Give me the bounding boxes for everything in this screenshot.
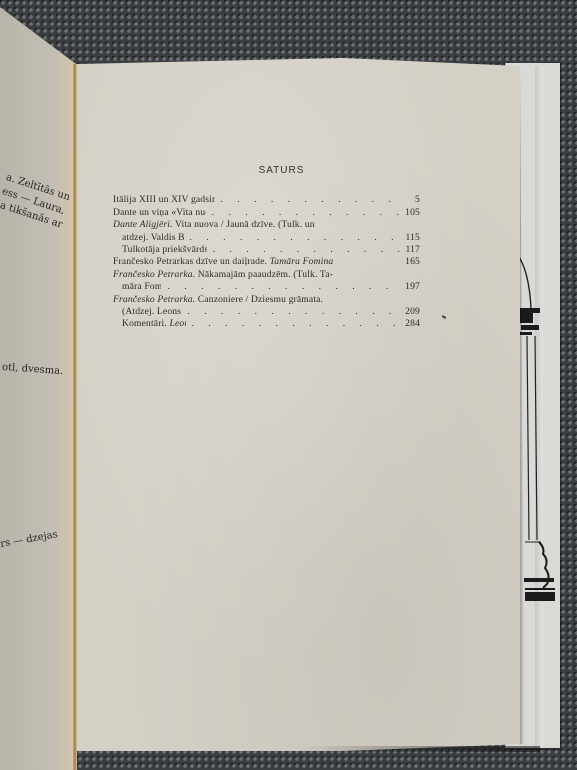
toc-page-number: 284: [400, 318, 420, 330]
toc-entry-title: Frančesko Petrarkas dzīve un daiļrade.: [113, 256, 270, 267]
toc-title: SATURS: [143, 165, 420, 177]
toc-entry: Frančesko Petrarka. Nākamajām paaudzēm. …: [113, 269, 420, 281]
toc-entry-title: (Atdzej. Leons Briedis.): [122, 306, 181, 318]
toc-entry-title: Komentāri.: [122, 318, 169, 329]
toc-entry-title: Nākamajām paaudzēm. (Tulk. Ta-: [195, 269, 333, 280]
toc-entry: Itālija XIII un XIV gadsimtā. Aleksandra…: [113, 194, 420, 206]
toc-entry: Dante Aligjēri. Vita nuova / Jaunā dzīve…: [113, 219, 420, 231]
left-page-text-fragment: otl, dvesma.: [2, 362, 64, 377]
toc-entry-author: Frančesko Petrarka.: [113, 269, 195, 280]
toc-entry-title: Tulkotāja priekšvārds.: [122, 244, 207, 255]
toc-entry-continuation: māra Fomina.) . . . . . . . . . . . . . …: [113, 281, 420, 293]
toc-page-number: 5: [400, 194, 420, 206]
toc-leader-dots: . . . . . . . . . . . . . . . . . . . . …: [184, 232, 400, 244]
photo-scene: a. Zeltītās un ess — Laura, a tikšanās a…: [0, 0, 577, 770]
toc-entry-author: Leons Briedis.: [169, 318, 185, 329]
toc-entry-continuation: (Atdzej. Leons Briedis.) . . . . . . . .…: [113, 306, 420, 318]
toc-entry-title: Vita nuova / Jaunā dzīve. (Tulk. un: [173, 219, 315, 230]
toc-entry-continuation: atdzej. Valdis Bisenieks.) . . . . . . .…: [113, 232, 420, 244]
toc-leader-dots: . . . . . . . . . . . . . . . . . . . . …: [186, 318, 400, 330]
toc-leader-dots: . . . . . . . . . . . . . . . . . . . . …: [181, 306, 400, 318]
toc-page-number: 165: [400, 256, 420, 268]
left-page: a. Zeltītās un ess — Laura, a tikšanās a…: [0, 0, 76, 770]
toc-entry-author: Tamāra Fomina: [270, 256, 334, 267]
toc-entry: Tulkotāja priekšvārds. Valdis Bisenieks …: [113, 244, 420, 256]
toc-page-number: 105: [400, 207, 420, 219]
right-page: [77, 58, 520, 751]
toc-entry: Dante un viņa «Vita nuova». Jānis Liepiņ…: [113, 207, 420, 219]
toc-leader-dots: . . . . . . . . . . . . . . . . . . . . …: [207, 244, 400, 256]
toc-page-number: 197: [400, 281, 420, 293]
toc-entry: Frančesko Petrarka. Canzoniere / Dziesmu…: [113, 294, 420, 306]
toc-entry-author: Dante Aligjēri.: [113, 219, 173, 230]
toc-entry-author: Frančesko Petrarka.: [113, 294, 195, 305]
table-of-contents: SATURS Itālija XIII un XIV gadsimtā. Ale…: [113, 165, 420, 331]
toc-page-number: 117: [400, 244, 420, 256]
toc-page-number: 209: [400, 306, 420, 318]
toc-entry-title: Canzoniere / Dziesmu grāmata.: [195, 294, 323, 305]
toc-entry-title: Dante un viņa «Vita nuova».: [113, 207, 206, 218]
toc-leader-dots: . . . . . . . . . . . . . . . . . . . . …: [206, 207, 400, 219]
toc-leader-dots: . . . . . . . . . . . . . . . . . . . . …: [215, 194, 401, 206]
toc-entry: Frančesko Petrarkas dzīve un daiļrade. T…: [113, 256, 420, 268]
classical-column-illustration-icon: [515, 250, 559, 610]
toc-page-number: 115: [400, 232, 420, 244]
toc-entry-title: māra Fomina.): [122, 281, 161, 293]
toc-entry-title: atdzej. Valdis Bisenieks.): [122, 232, 184, 244]
left-page-text-fragment: rs — dzejas: [0, 529, 59, 550]
book-spine-gutter: [73, 64, 77, 770]
toc-leader-dots: . . . . . . . . . . . . . . . . . . . . …: [161, 281, 400, 293]
page-edge-shadow: [300, 746, 540, 752]
toc-entry-title: Itālija XIII un XIV gadsimtā.: [113, 194, 215, 205]
toc-entry: Komentāri. Leons Briedis. . . . . . . . …: [113, 318, 420, 330]
